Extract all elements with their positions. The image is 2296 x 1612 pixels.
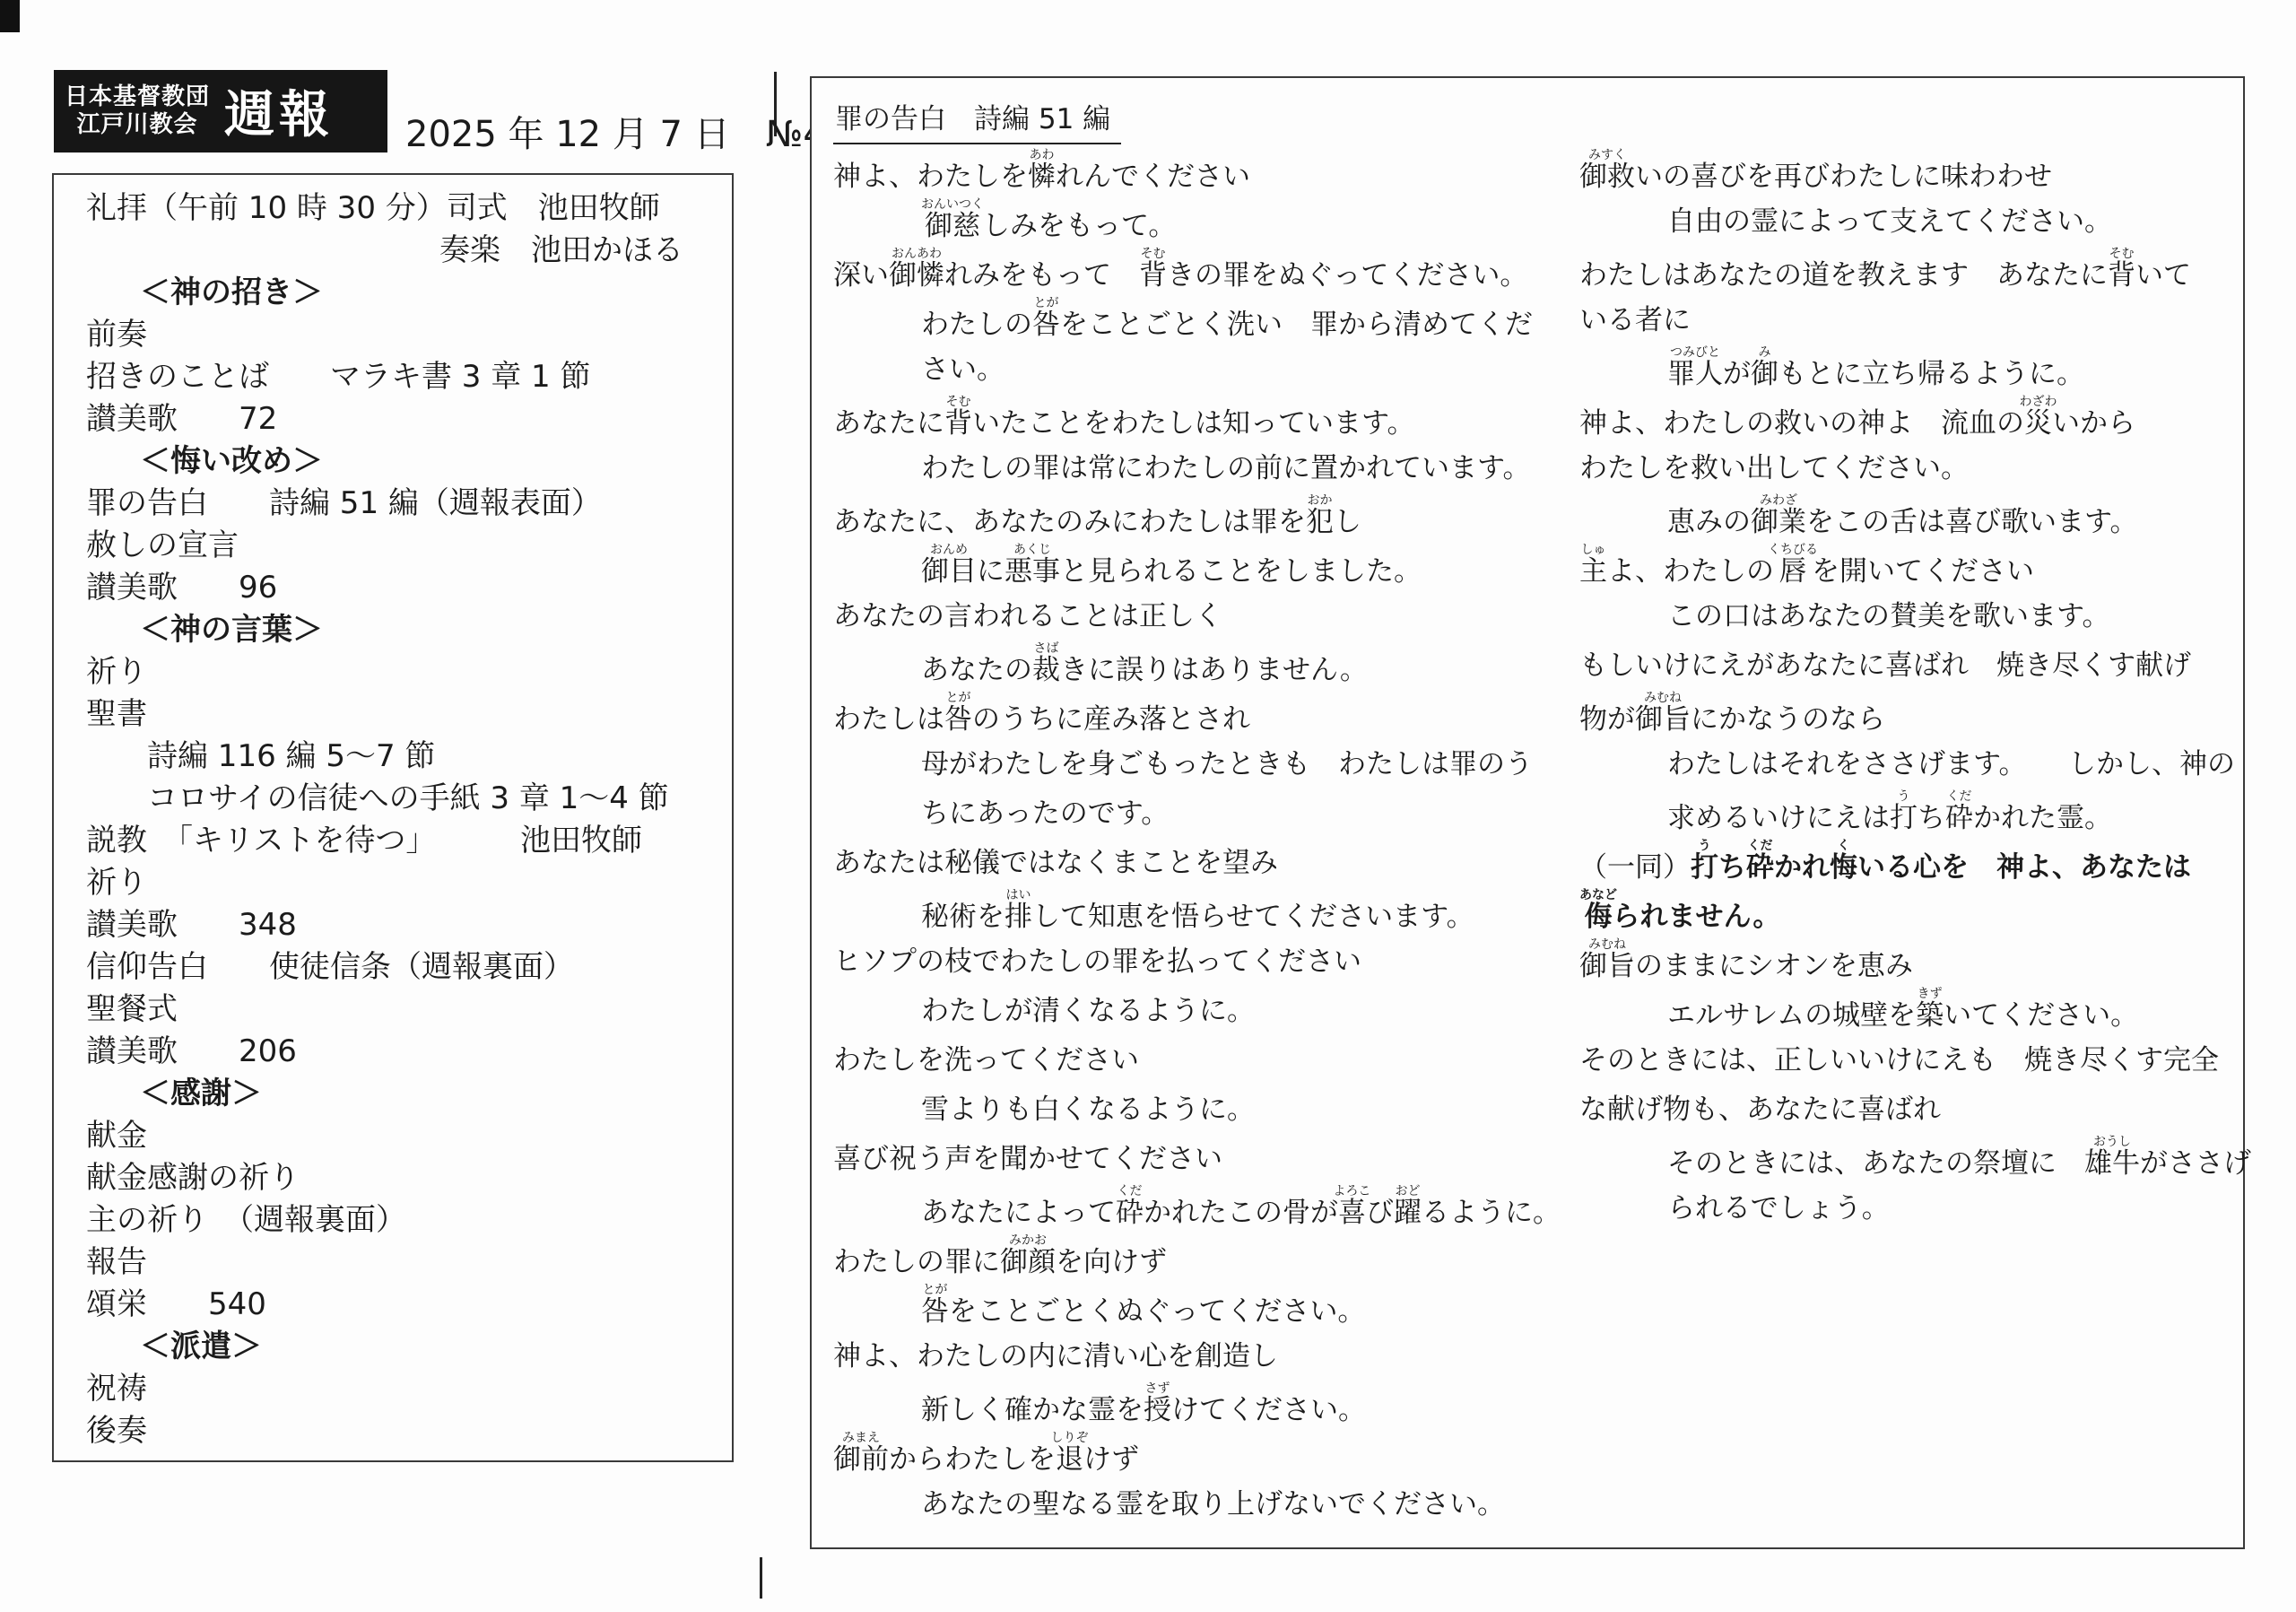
worship-row: ＜感謝＞ xyxy=(86,1073,732,1115)
psalm-line: 主しゅよ、わたしの唇くちびるを開いてください xyxy=(1579,543,2245,592)
psalm-line: 恵みの御業みわざをこの舌は喜び歌います。 xyxy=(1579,493,2245,543)
worship-row: 後奏 xyxy=(86,1410,732,1452)
psalm-line: あなたの聖なる霊を取り上げないでください。 xyxy=(833,1480,1551,1529)
worship-order-list: 礼拝（午前 10 時 30 分）司式 池田牧師奏楽 池田かほる＜神の招き＞前奏招… xyxy=(86,187,732,1452)
psalm-line: そのときには、正しいいけにえも 焼き尽くす完全 xyxy=(1579,1036,2245,1085)
worship-row: 祈り xyxy=(86,651,732,693)
psalm-line: 喜び祝う声を聞かせてください xyxy=(833,1135,1551,1184)
worship-row: 主の祈り （週報裏面） xyxy=(86,1199,732,1242)
worship-row: 報告 xyxy=(86,1242,732,1284)
psalm-line: 神よ、わたしを憐あわれんでください xyxy=(833,148,1551,197)
denomination-name: 日本基督教団 xyxy=(65,83,210,111)
church-name: 日本基督教団 江戸川教会 xyxy=(65,83,210,139)
worship-row: 説教 「キリストを待つ」池田牧師 xyxy=(86,820,732,862)
worship-row: 讃美歌 72 xyxy=(86,398,732,440)
psalm-column-1: 罪の告白 詩編 51 編 神よ、わたしを憐あわれんでください御慈おんいつくしみを… xyxy=(833,96,1551,1529)
psalm-line: 咎とがをことごとくぬぐってください。 xyxy=(833,1283,1551,1332)
psalm-title-row: 罪の告白 詩編 51 編 xyxy=(833,96,1551,148)
worship-row: 罪の告白 詩編 51 編（週報表面） xyxy=(86,483,732,525)
psalm-line: わたしの罪は常にわたしの前に置かれています。 xyxy=(833,444,1551,493)
psalm-line: わたしはそれをささげます。 しかし、神の xyxy=(1579,740,2245,789)
worship-row: コロサイの信徒への手紙 3 章 1～4 節 xyxy=(86,778,732,820)
masthead: 日本基督教団 江戸川教会 週報 xyxy=(54,70,387,152)
psalm-line: 自由の霊によって支えてください。 xyxy=(1579,197,2245,247)
worship-row: 祈り xyxy=(86,862,732,904)
worship-row: 奏楽 池田かほる xyxy=(86,230,732,272)
psalm-line: わたしの咎とがをことごとく洗い 罪から清めてくだ xyxy=(833,296,1551,345)
psalm-line: エルサレムの城壁を築きずいてください。 xyxy=(1579,987,2245,1036)
psalm-columns: 罪の告白 詩編 51 編 神よ、わたしを憐あわれんでください御慈おんいつくしみを… xyxy=(833,96,2243,1529)
psalm-line: もしいけにえがあなたに喜ばれ 焼き尽くす献げ xyxy=(1579,641,2245,691)
psalm-line: 御目おんめに悪事あくじと見られることをしました。 xyxy=(833,543,1551,592)
psalm-title: 罪の告白 詩編 51 編 xyxy=(833,96,1121,144)
psalm-line: 侮あなどられません。 xyxy=(1579,888,2245,937)
worship-row: 献金 xyxy=(86,1115,732,1157)
psalm-line: あなたの裁さばきに誤りはありません。 xyxy=(833,641,1551,691)
psalm-line: 御前みまえからわたしを退しりぞけず xyxy=(833,1431,1551,1480)
psalm-line: わたしを救い出してください。 xyxy=(1579,444,2245,493)
psalm-line: わたしは咎とがのうちに産み落とされ xyxy=(833,691,1551,740)
worship-row: 祝祷 xyxy=(86,1368,732,1410)
worship-row: ＜神の言葉＞ xyxy=(86,609,732,651)
psalm-line: 新しく確かな霊を授さずけてください。 xyxy=(833,1381,1551,1431)
psalm-line: られるでしょう。 xyxy=(1579,1184,2245,1233)
psalm-line: 神よ、わたしの内に清い心を創造し xyxy=(833,1332,1551,1381)
psalm-line: わたしはあなたの道を教えます あなたに背そむいて xyxy=(1579,247,2245,296)
psalm-line: いる者に xyxy=(1579,296,2245,345)
psalm-line: 求めるいけにえは打うち砕くだかれた霊。 xyxy=(1579,789,2245,839)
worship-row: 招きのことば マラキ書 3 章 1 節 xyxy=(86,356,732,398)
psalm-line: そのときには、あなたの祭壇に 雄牛おうしがささげ xyxy=(1579,1135,2245,1184)
psalm-line: わたしが清くなるように。 xyxy=(833,987,1551,1036)
psalm-line: 御慈おんいつくしみをもって。 xyxy=(833,197,1551,247)
psalm-line: わたしの罪に御顔みかおを向けず xyxy=(833,1233,1551,1283)
bulletin-title: 週報 xyxy=(224,75,334,147)
psalm-line: 御救みすくいの喜びを再びわたしに味わわせ xyxy=(1579,148,2245,197)
psalm-line: わたしを洗ってください xyxy=(833,1036,1551,1085)
worship-row: 礼拝（午前 10 時 30 分）司式 池田牧師 xyxy=(86,187,732,230)
worship-row: 信仰告白 使徒信条（週報裏面） xyxy=(86,946,732,989)
psalm-line: あなたは秘儀ではなくまことを望み xyxy=(833,839,1551,888)
psalm-line: あなたによって砕くだかれたこの骨が喜よろこび躍おどるように。 xyxy=(833,1184,1551,1233)
psalm-line: 御旨みむねのままにシオンを恵み xyxy=(1579,937,2245,987)
worship-row: 讃美歌 348 xyxy=(86,904,732,946)
psalm-column-2: 御救みすくいの喜びを再びわたしに味わわせ自由の霊によって支えてください。わたしは… xyxy=(1579,96,2245,1529)
psalm-panel: 罪の告白 詩編 51 編 神よ、わたしを憐あわれんでください御慈おんいつくしみを… xyxy=(810,76,2245,1549)
dateline: 2025 年 12 月 7 日№49 xyxy=(405,106,848,157)
worship-row: 献金感謝の祈り xyxy=(86,1157,732,1199)
psalm-line: 罪人つみびとが御みもとに立ち帰るように。 xyxy=(1579,345,2245,395)
worship-order-panel: 礼拝（午前 10 時 30 分）司式 池田牧師奏楽 池田かほる＜神の招き＞前奏招… xyxy=(52,173,734,1462)
worship-row: 頌栄 540 xyxy=(86,1284,732,1326)
psalm-column-1-lines: 神よ、わたしを憐あわれんでください御慈おんいつくしみをもって。深い御憐おんあわれ… xyxy=(833,148,1551,1529)
psalm-line: な献げ物も、あなたに喜ばれ xyxy=(1579,1085,2245,1135)
psalm-line: あなたに背そむいたことをわたしは知っています。 xyxy=(833,395,1551,444)
psalm-line: 母がわたしを身ごもったときも わたしは罪のう xyxy=(833,740,1551,789)
crop-mark-bottom xyxy=(760,1557,762,1599)
worship-row: ＜派遣＞ xyxy=(86,1326,732,1368)
worship-row: ＜悔い改め＞ xyxy=(86,440,732,483)
psalm-line: （一同）打うち砕くだかれ悔くいる心を 神よ、あなたは xyxy=(1579,839,2245,888)
psalm-line: あなたに、あなたのみにわたしは罪を犯おかし xyxy=(833,493,1551,543)
worship-row: 讃美歌 96 xyxy=(86,567,732,609)
psalm-line: 雪よりも白くなるように。 xyxy=(833,1085,1551,1135)
psalm-line: この口はあなたの賛美を歌います。 xyxy=(1579,592,2245,641)
psalm-line: あなたの言われることは正しく xyxy=(833,592,1551,641)
worship-row: 赦しの宣言 xyxy=(86,525,732,567)
psalm-line: 深い御憐おんあわれみをもって 背そむきの罪をぬぐってください。 xyxy=(833,247,1551,296)
psalm-line: 秘術を排はいして知恵を悟らせてくださいます。 xyxy=(833,888,1551,937)
psalm-line: ちにあったのです。 xyxy=(833,789,1551,839)
psalm-line: 神よ、わたしの救いの神よ 流血の災わざわいから xyxy=(1579,395,2245,444)
worship-row: 前奏 xyxy=(86,314,732,356)
issue-date: 2025 年 12 月 7 日 xyxy=(405,114,730,155)
worship-row: 讃美歌 206 xyxy=(86,1031,732,1073)
scan-corner-mark xyxy=(0,0,20,32)
worship-row: 詩編 116 編 5～7 節 xyxy=(86,736,732,778)
psalm-line: ヒソプの枝でわたしの罪を払ってください xyxy=(833,937,1551,987)
psalm-line: さい。 xyxy=(833,345,1551,395)
worship-row: 聖書 xyxy=(86,693,732,736)
worship-row: ＜神の招き＞ xyxy=(86,272,732,314)
worship-row: 聖餐式 xyxy=(86,989,732,1031)
psalm-line: 物が御旨みむねにかなうのなら xyxy=(1579,691,2245,740)
congregation-name: 江戸川教会 xyxy=(65,111,210,139)
